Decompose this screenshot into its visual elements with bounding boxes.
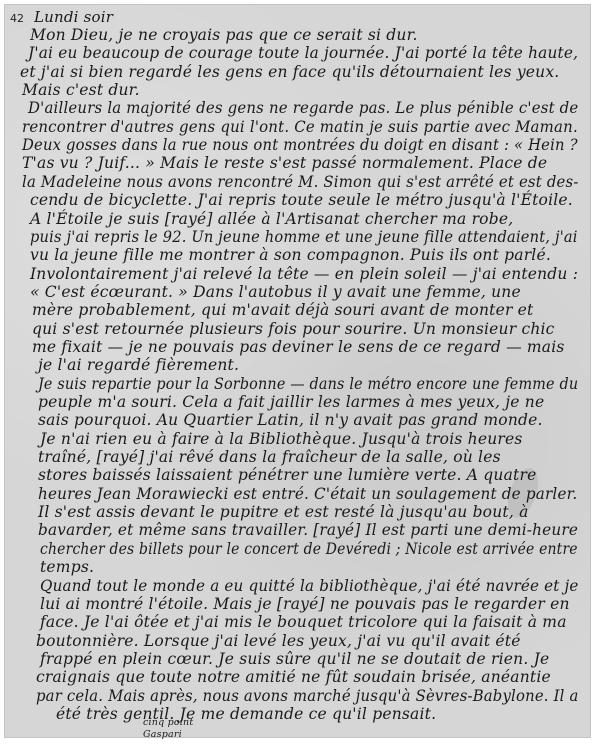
manuscript-line: la Madeleine nous avons rencontré M. Sim… <box>22 173 579 191</box>
manuscript-line: je l'ai regardé fièrement. <box>38 356 239 374</box>
manuscript-line: chercher des billets pour le concert de … <box>40 540 578 558</box>
manuscript-line: lui ai montré l'étoile. Mais je [rayé] n… <box>40 595 570 613</box>
manuscript-line: A l'Étoile je suis [rayé] allée à l'Arti… <box>30 210 513 228</box>
manuscript-line: temps. <box>40 558 94 576</box>
margin-note-line2: Gaspari <box>143 729 182 740</box>
manuscript-line: frappé en plein cœur. Je suis sûre qu'il… <box>40 650 549 668</box>
manuscript-line: Il s'est assis devant le pupitre et est … <box>38 503 529 521</box>
manuscript-line: traîné, [rayé] j'ai rêvé dans la fraîche… <box>38 448 501 466</box>
manuscript-line: Mon Dieu, je ne croyais pas que ce serai… <box>30 26 418 44</box>
manuscript-line: par cela. Mais après, nous avons marché … <box>36 687 578 705</box>
margin-note-line1: cinq point <box>143 717 193 728</box>
manuscript-line: J'ai eu beaucoup de courage toute la jou… <box>28 44 578 62</box>
manuscript-line: puis j'ai repris le 92. Un jeune homme e… <box>30 228 578 246</box>
manuscript-line: mère probablement, qui m'avait déjà sour… <box>32 301 533 319</box>
manuscript-line: craignais que toute notre amitié ne fût … <box>36 668 551 686</box>
manuscript-line: Involontairement j'ai relevé la tête — e… <box>30 265 578 283</box>
manuscript-line: boutonnière. Lorsque j'ai levé les yeux,… <box>36 632 521 650</box>
manuscript-line: Je n'ai rien eu à faire à la Bibliothèqu… <box>40 430 523 448</box>
manuscript-line: stores baissés laissaient pénétrer une l… <box>38 466 536 484</box>
manuscript-line: cendu de bicyclette. J'ai repris toute s… <box>30 191 573 209</box>
manuscript-line: sais pourquoi. Au Quartier Latin, il n'y… <box>38 411 543 429</box>
page-number: 42 <box>10 12 24 25</box>
manuscript-line: Je suis repartie pour la Sorbonne — dans… <box>38 375 578 393</box>
manuscript-line: et j'ai si bien regardé les gens en face… <box>20 63 559 81</box>
manuscript-line: rencontrer d'autres gens qui l'ont. Ce m… <box>22 118 578 136</box>
manuscript-line: bavarder, et même sans travailler. [rayé… <box>38 521 578 539</box>
manuscript-line: face. Je l'ai ôtée et j'ai mis le bouque… <box>40 613 567 631</box>
manuscript-line: peuple m'a souri. Cela a fait jaillir le… <box>38 393 544 411</box>
manuscript-line: Mais c'est dur. <box>22 81 140 99</box>
manuscript-line: « C'est écœurant. » Dans l'autobus il y … <box>30 283 521 301</box>
manuscript-line: qui s'est retournée plusieurs fois pour … <box>32 320 555 338</box>
manuscript-line: me fixait — je ne pouvais pas deviner le… <box>32 338 565 356</box>
manuscript-line: été très gentil. Je me demande ce qu'il … <box>56 705 436 723</box>
manuscript-line: heures Jean Morawiecki est entré. C'étai… <box>38 485 577 503</box>
manuscript-line: D'ailleurs la majorité des gens ne regar… <box>28 99 578 117</box>
diary-heading: Lundi soir <box>34 8 113 26</box>
manuscript-line: T'as vu ? Juif... » Mais le reste s'est … <box>22 154 547 172</box>
manuscript-line: Deux gosses dans la rue nous ont montrée… <box>22 136 578 154</box>
manuscript-line: Quand tout le monde a eu quitté la bibli… <box>40 577 579 595</box>
manuscript-line: vu la jeune fille me montrer à son compa… <box>30 246 551 264</box>
